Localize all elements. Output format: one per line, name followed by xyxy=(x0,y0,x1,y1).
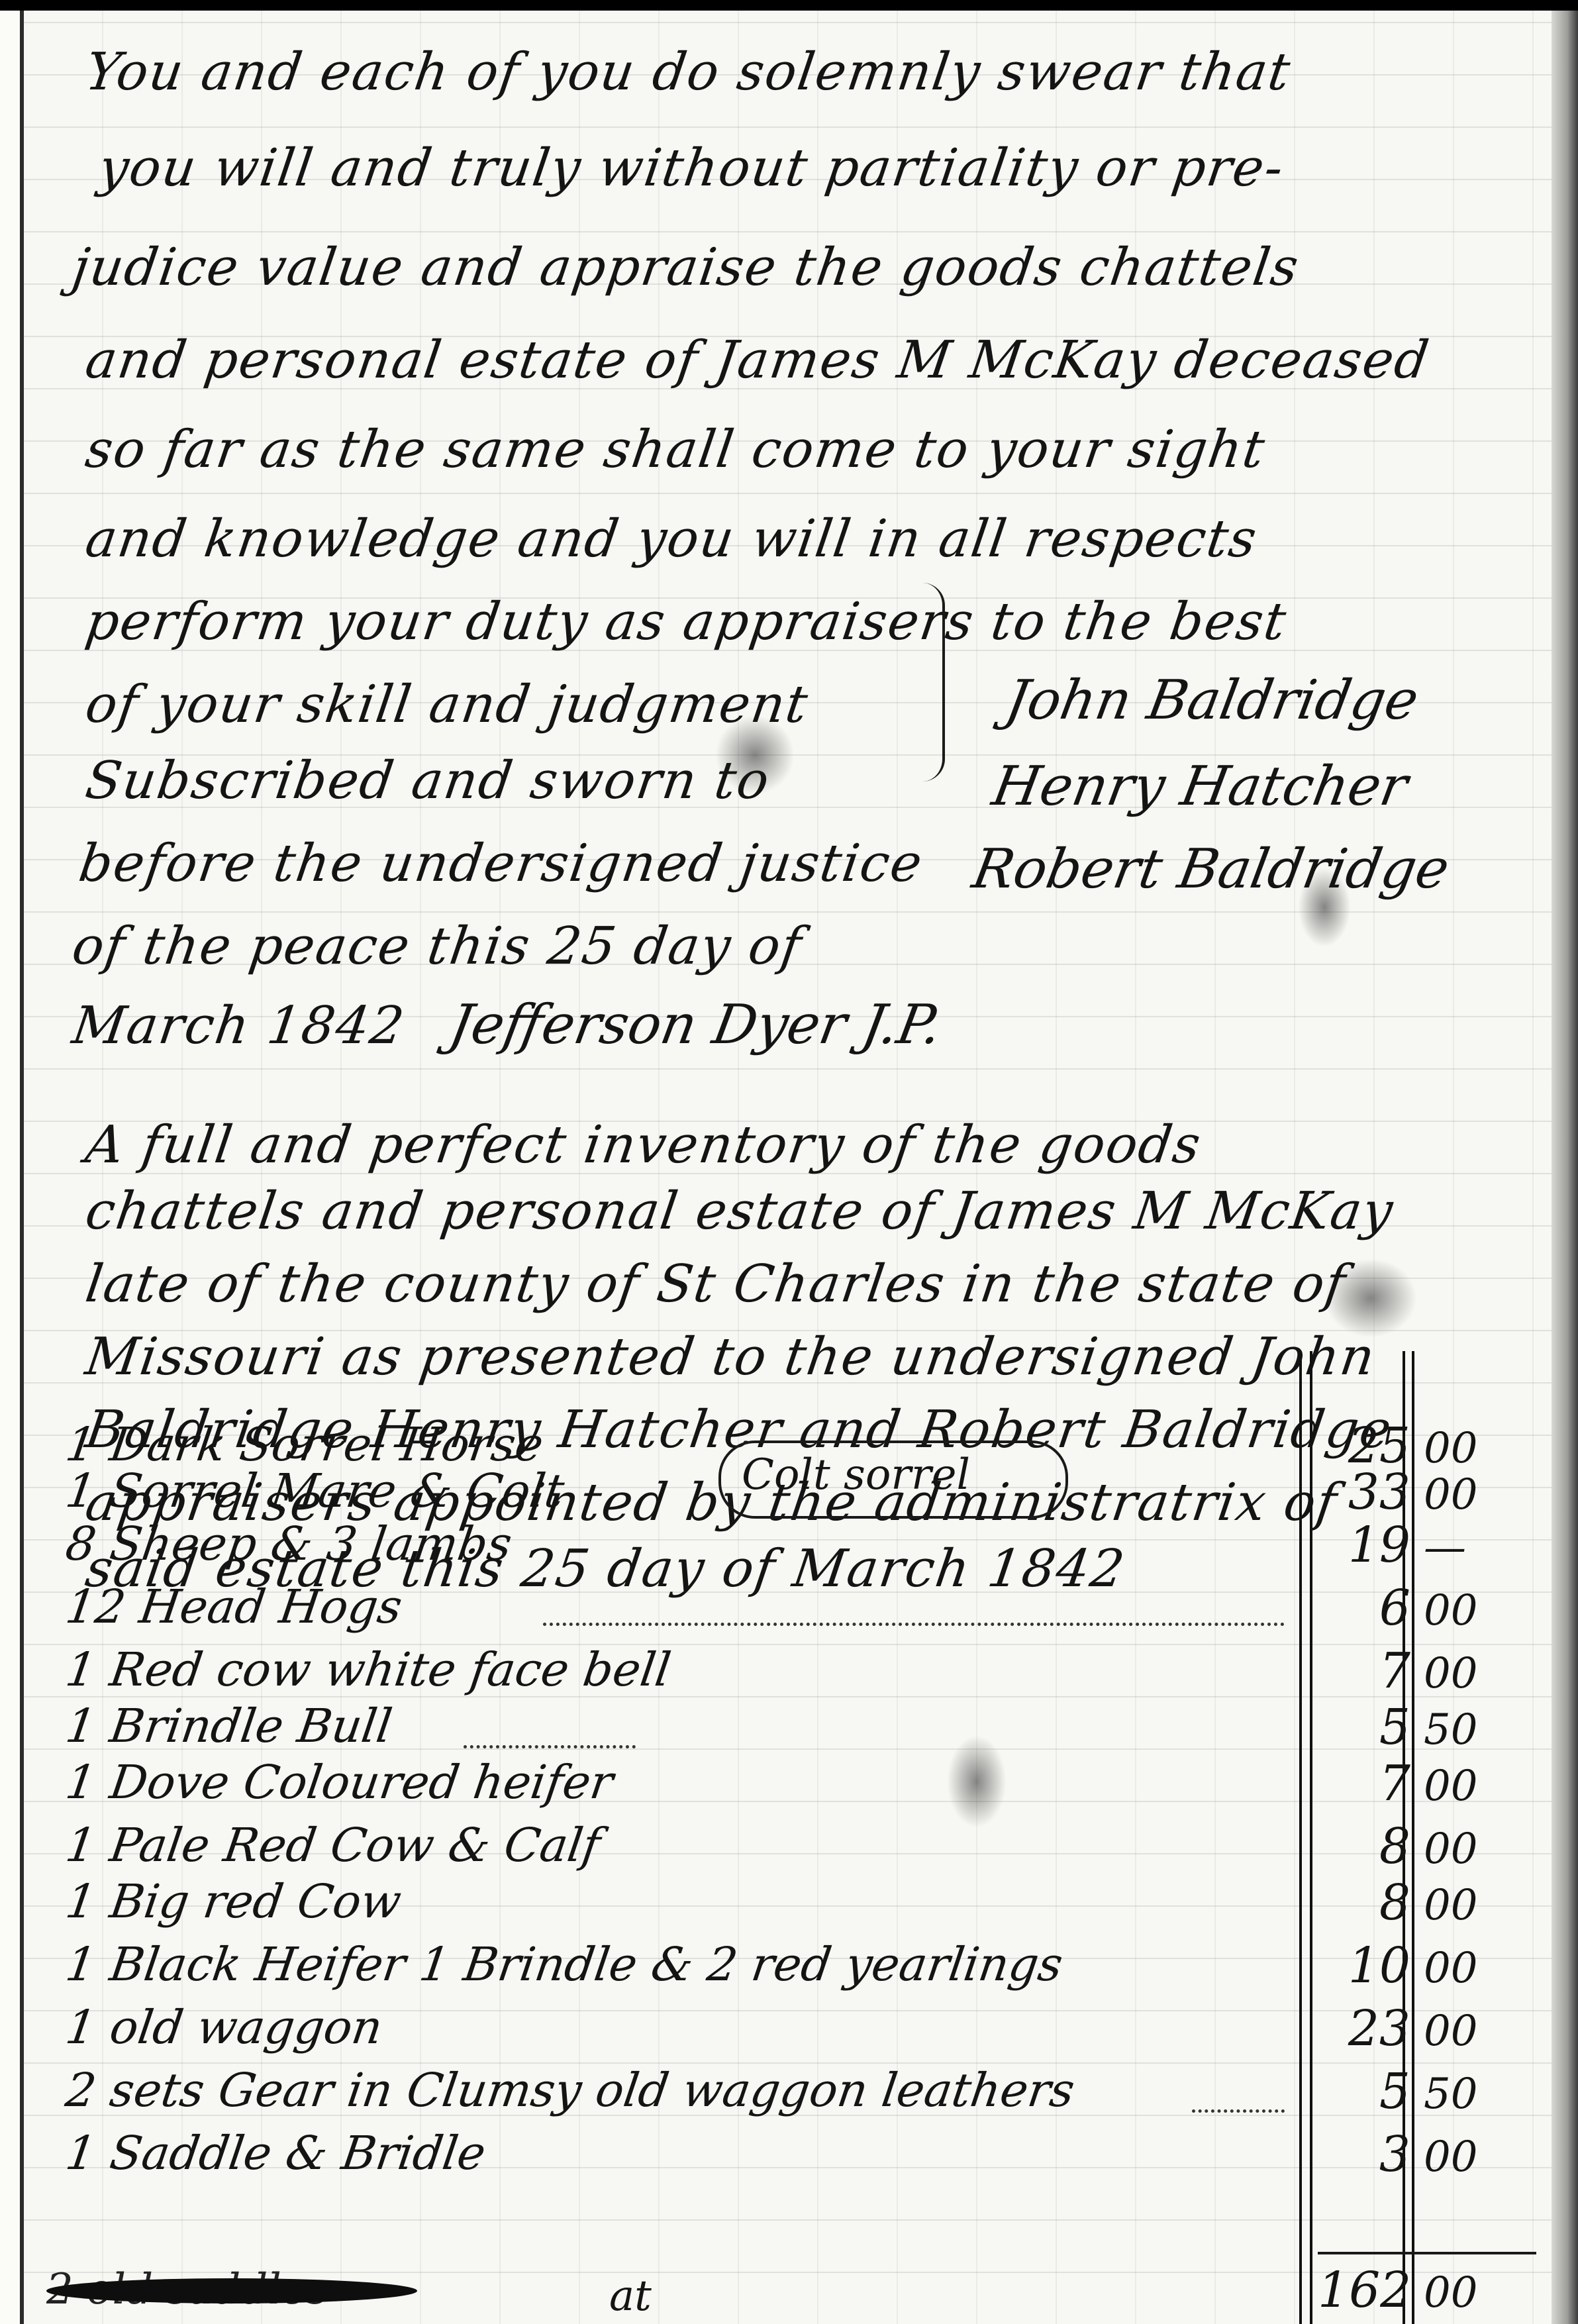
dollars-column-rule xyxy=(1310,1351,1312,2324)
inventory-item: 1 Sorrel Mare & Colt xyxy=(62,1464,567,1518)
oath-line: you will and truly without partiality or… xyxy=(96,142,1288,194)
item-dollars: 6 xyxy=(1318,1580,1410,1637)
inventory-item: 2 sets Gear in Clumsy old waggon leather… xyxy=(62,2063,1078,2117)
ink-strikethrough xyxy=(46,2278,417,2303)
item-cents: 00 xyxy=(1424,2133,1477,2182)
page-binding-edge xyxy=(1552,11,1578,2324)
item-cents: 00 xyxy=(1424,2007,1477,2056)
inventory-item: 1 Red cow white face bell xyxy=(62,1642,674,1697)
jurat-line: Subscribed and sworn to xyxy=(83,755,773,807)
ink-blot xyxy=(947,1735,1007,1828)
item-dollars: 23 xyxy=(1318,2000,1410,2057)
item-dollars: 7 xyxy=(1318,1642,1410,1699)
appraiser-signature: Henry Hatcher xyxy=(988,755,1412,818)
inventory-item: 1 Big red Cow xyxy=(62,1874,405,1929)
item-cents: 00 xyxy=(1424,1944,1477,1993)
item-dollars: 5 xyxy=(1318,1699,1410,1756)
inventory-item: 1 Black Heifer 1 Brindle & 2 red yearlin… xyxy=(62,1937,1066,1992)
item-cents: 00 xyxy=(1424,1424,1477,1473)
oath-line: and personal estate of James M McKay dec… xyxy=(83,334,1433,386)
dot-leader xyxy=(1192,2109,1285,2113)
oath-line: of your skill and judgment xyxy=(83,679,812,731)
total-dollars: 162 xyxy=(1318,2262,1410,2319)
item-cents: 50 xyxy=(1424,1705,1477,1754)
signature-brace xyxy=(922,583,945,782)
item-dollars: 8 xyxy=(1318,1818,1410,1875)
inventory-item: 1 Saddle & Bridle xyxy=(62,2126,489,2180)
appraiser-signature: John Baldridge xyxy=(1001,669,1423,732)
dollars-column-rule xyxy=(1299,1351,1302,2324)
total-cents: 00 xyxy=(1424,2268,1477,2317)
inventory-item: 1 Pale Red Cow & Calf xyxy=(62,1818,603,1872)
oath-line: so far as the same shall come to your si… xyxy=(83,424,1269,476)
item-cents: 00 xyxy=(1424,1825,1477,1874)
item-dollars: 5 xyxy=(1318,2063,1410,2120)
item-cents: 00 xyxy=(1424,1586,1477,1635)
item-dollars: 7 xyxy=(1318,1755,1410,1812)
item-cents: 00 xyxy=(1424,1649,1477,1698)
inventory-item: 1 Brindle Bull xyxy=(62,1699,395,1753)
heading-line: Missouri as presented to the undersigned… xyxy=(83,1331,1379,1383)
item-dollars: 8 xyxy=(1318,1874,1410,1931)
item-note: Colt sorrel xyxy=(742,1450,970,1499)
inventory-item: 1 old waggon xyxy=(62,2000,385,2054)
item-cents: 00 xyxy=(1424,1881,1477,1930)
oath-line: You and each of you do solemnly swear th… xyxy=(83,46,1295,98)
item-cents: — xyxy=(1424,1523,1466,1572)
jurat-line: of the peace this 25 day of xyxy=(70,921,806,972)
jurat-line: March 1842 xyxy=(70,1000,409,1052)
oath-line: judice value and appraise the goods chat… xyxy=(70,242,1303,293)
inventory-item: 8 Sheep & 3 lambs xyxy=(62,1517,515,1571)
justice-signature: Jefferson Dyer J.P. xyxy=(445,993,946,1056)
item-dollars: 10 xyxy=(1318,1937,1410,1994)
item-cents: 50 xyxy=(1424,2070,1477,2119)
total-rule xyxy=(1318,2252,1536,2254)
carry-forward-label: at xyxy=(609,2272,652,2321)
heading-line: A full and perfect inventory of the good… xyxy=(83,1119,1205,1171)
jurat-line: before the undersigned justice xyxy=(76,838,926,889)
item-dollars: 33 xyxy=(1318,1464,1410,1521)
heading-line: chattels and personal estate of James M … xyxy=(83,1186,1397,1237)
item-cents: 00 xyxy=(1424,1470,1477,1519)
inventory-item: 12 Head Hogs xyxy=(62,1580,405,1634)
item-cents: 00 xyxy=(1424,1762,1477,1811)
oath-line: and knowledge and you will in all respec… xyxy=(83,513,1261,565)
appraiser-signature: Robert Baldridge xyxy=(968,838,1454,901)
scan-top-edge xyxy=(0,0,1578,11)
inventory-item: 1 Dove Coloured heifer xyxy=(62,1755,616,1809)
item-dollars: 3 xyxy=(1318,2126,1410,2183)
heading-line: late of the county of St Charles in the … xyxy=(83,1258,1350,1310)
oath-line: perform your duty as appraisers to the b… xyxy=(83,596,1291,648)
dot-leader xyxy=(543,1623,1285,1626)
cents-column-rule xyxy=(1412,1351,1414,2324)
dot-leader xyxy=(464,1745,636,1748)
item-dollars: 19 xyxy=(1318,1517,1410,1574)
